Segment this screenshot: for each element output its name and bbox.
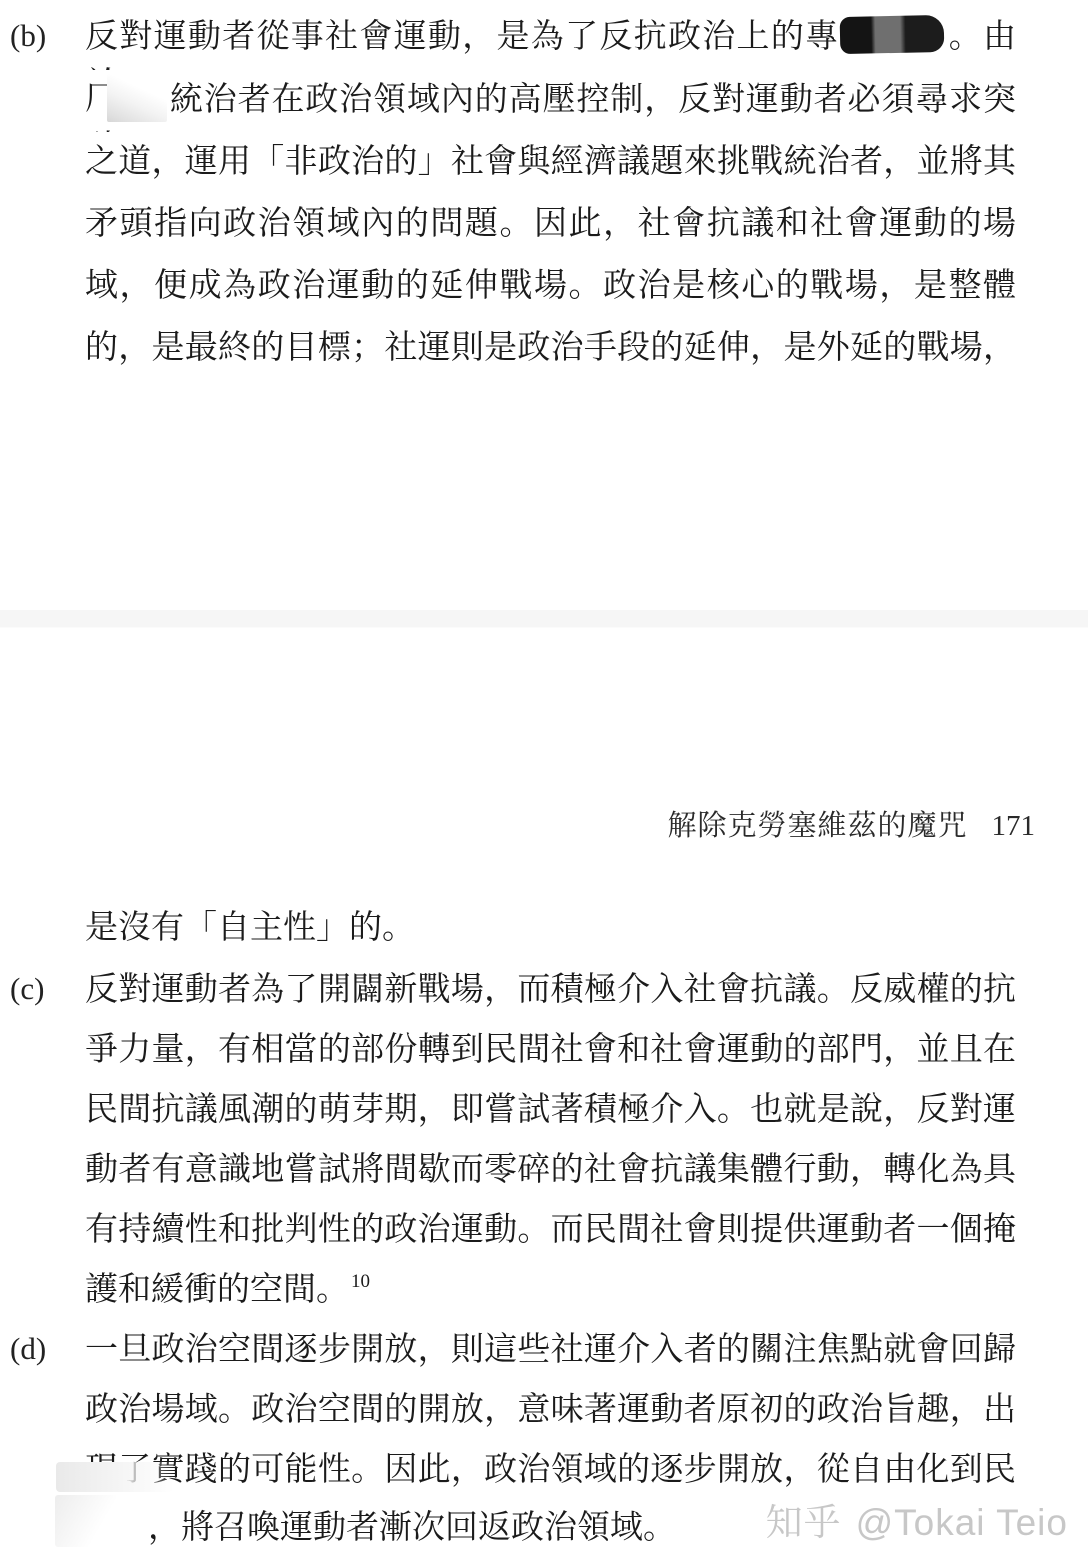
text-line: 有持續性和批判性的政治運動。而民間社會則提供運動者一個掩 xyxy=(85,1205,1016,1263)
text-line: 動者有意識地嘗試將間歇而零碎的社會抗議集體行動，轉化為具 xyxy=(85,1145,1016,1203)
eraser-smudge xyxy=(55,1495,117,1547)
text-line: 護和緩衝的空間。10 xyxy=(85,1265,1016,1323)
text-line: 反對運動者為了開闢新戰場，而積極介入社會抗議。反威權的抗 xyxy=(85,965,1016,1023)
text-line: 之道，運用「非政治的」社會與經濟議題來挑戰統治者，並將其 xyxy=(85,137,1016,195)
text-after-redaction: 統治者在政治領域內的高壓控制，反對運動者必須尋求突破 xyxy=(85,80,1016,132)
text-line: 反對運動者從事社會運動，是為了反抗政治上的專。由於 xyxy=(85,12,1016,70)
page-number: 171 xyxy=(992,810,1036,842)
eraser-smudge xyxy=(56,1462,174,1492)
white-eraser-redaction xyxy=(107,74,167,122)
text-line: 厂統治者在政治領域內的高壓控制，反對運動者必須尋求突破 xyxy=(85,74,1016,132)
text-line: 一旦政治空間逐步開放，則這些社運介入者的關注焦點就會回歸 xyxy=(85,1325,1016,1383)
text-line: 爭力量，有相當的部份轉到民間社會和社會運動的部門，並且在 xyxy=(85,1025,1016,1083)
text-line: 矛頭指向政治領域內的問題。因此，社會抗議和社會運動的場 xyxy=(85,199,1016,257)
list-label-c: (c) xyxy=(10,965,80,1013)
text-before-redaction: 反對運動者從事社會運動，是為了反抗政治上的專 xyxy=(85,17,839,54)
list-label-d: (d) xyxy=(10,1325,80,1373)
text-line: 政治場域。政治空間的開放，意味著運動者原初的政治旨趣，出 xyxy=(85,1385,1016,1443)
watermark-site: 知乎 xyxy=(766,1502,842,1543)
watermark: 知乎@Tokai Teio xyxy=(766,1492,1068,1546)
erased-character-fragment: 厂 xyxy=(85,74,107,122)
list-label-b: (b) xyxy=(10,12,80,60)
book-chapter-title: 解除克勞塞維茲的魔咒 xyxy=(667,810,967,842)
black-marker-redaction xyxy=(840,15,945,54)
footnote-marker: 10 xyxy=(351,1271,370,1292)
line-text: ，將召喚運動者漸次回返政治領域。 xyxy=(148,1508,676,1545)
book-scan-page: (b) 反對運動者從事社會運動，是為了反抗政治上的專。由於 厂統治者在政治領域內… xyxy=(0,0,1088,1560)
page-seam-band xyxy=(0,610,1088,628)
text-line: 的，是最終的目標；社運則是政治手段的延伸，是外延的戰場， xyxy=(85,323,1016,381)
line-text: 護和緩衝的空間。 xyxy=(85,1270,349,1307)
text-line: 民間抗議風潮的萌芽期，即嘗試著積極介入。也就是說，反對運 xyxy=(85,1085,1016,1143)
running-header: 解除克勞塞維茲的魔咒171 xyxy=(85,803,1035,844)
watermark-handle: @Tokai Teio xyxy=(856,1502,1068,1543)
carryover-line: 是沒有「自主性」的。 xyxy=(85,903,1016,961)
text-line: 域，便成為政治運動的延伸戰場。政治是核心的戰場，是整體 xyxy=(85,261,1016,319)
